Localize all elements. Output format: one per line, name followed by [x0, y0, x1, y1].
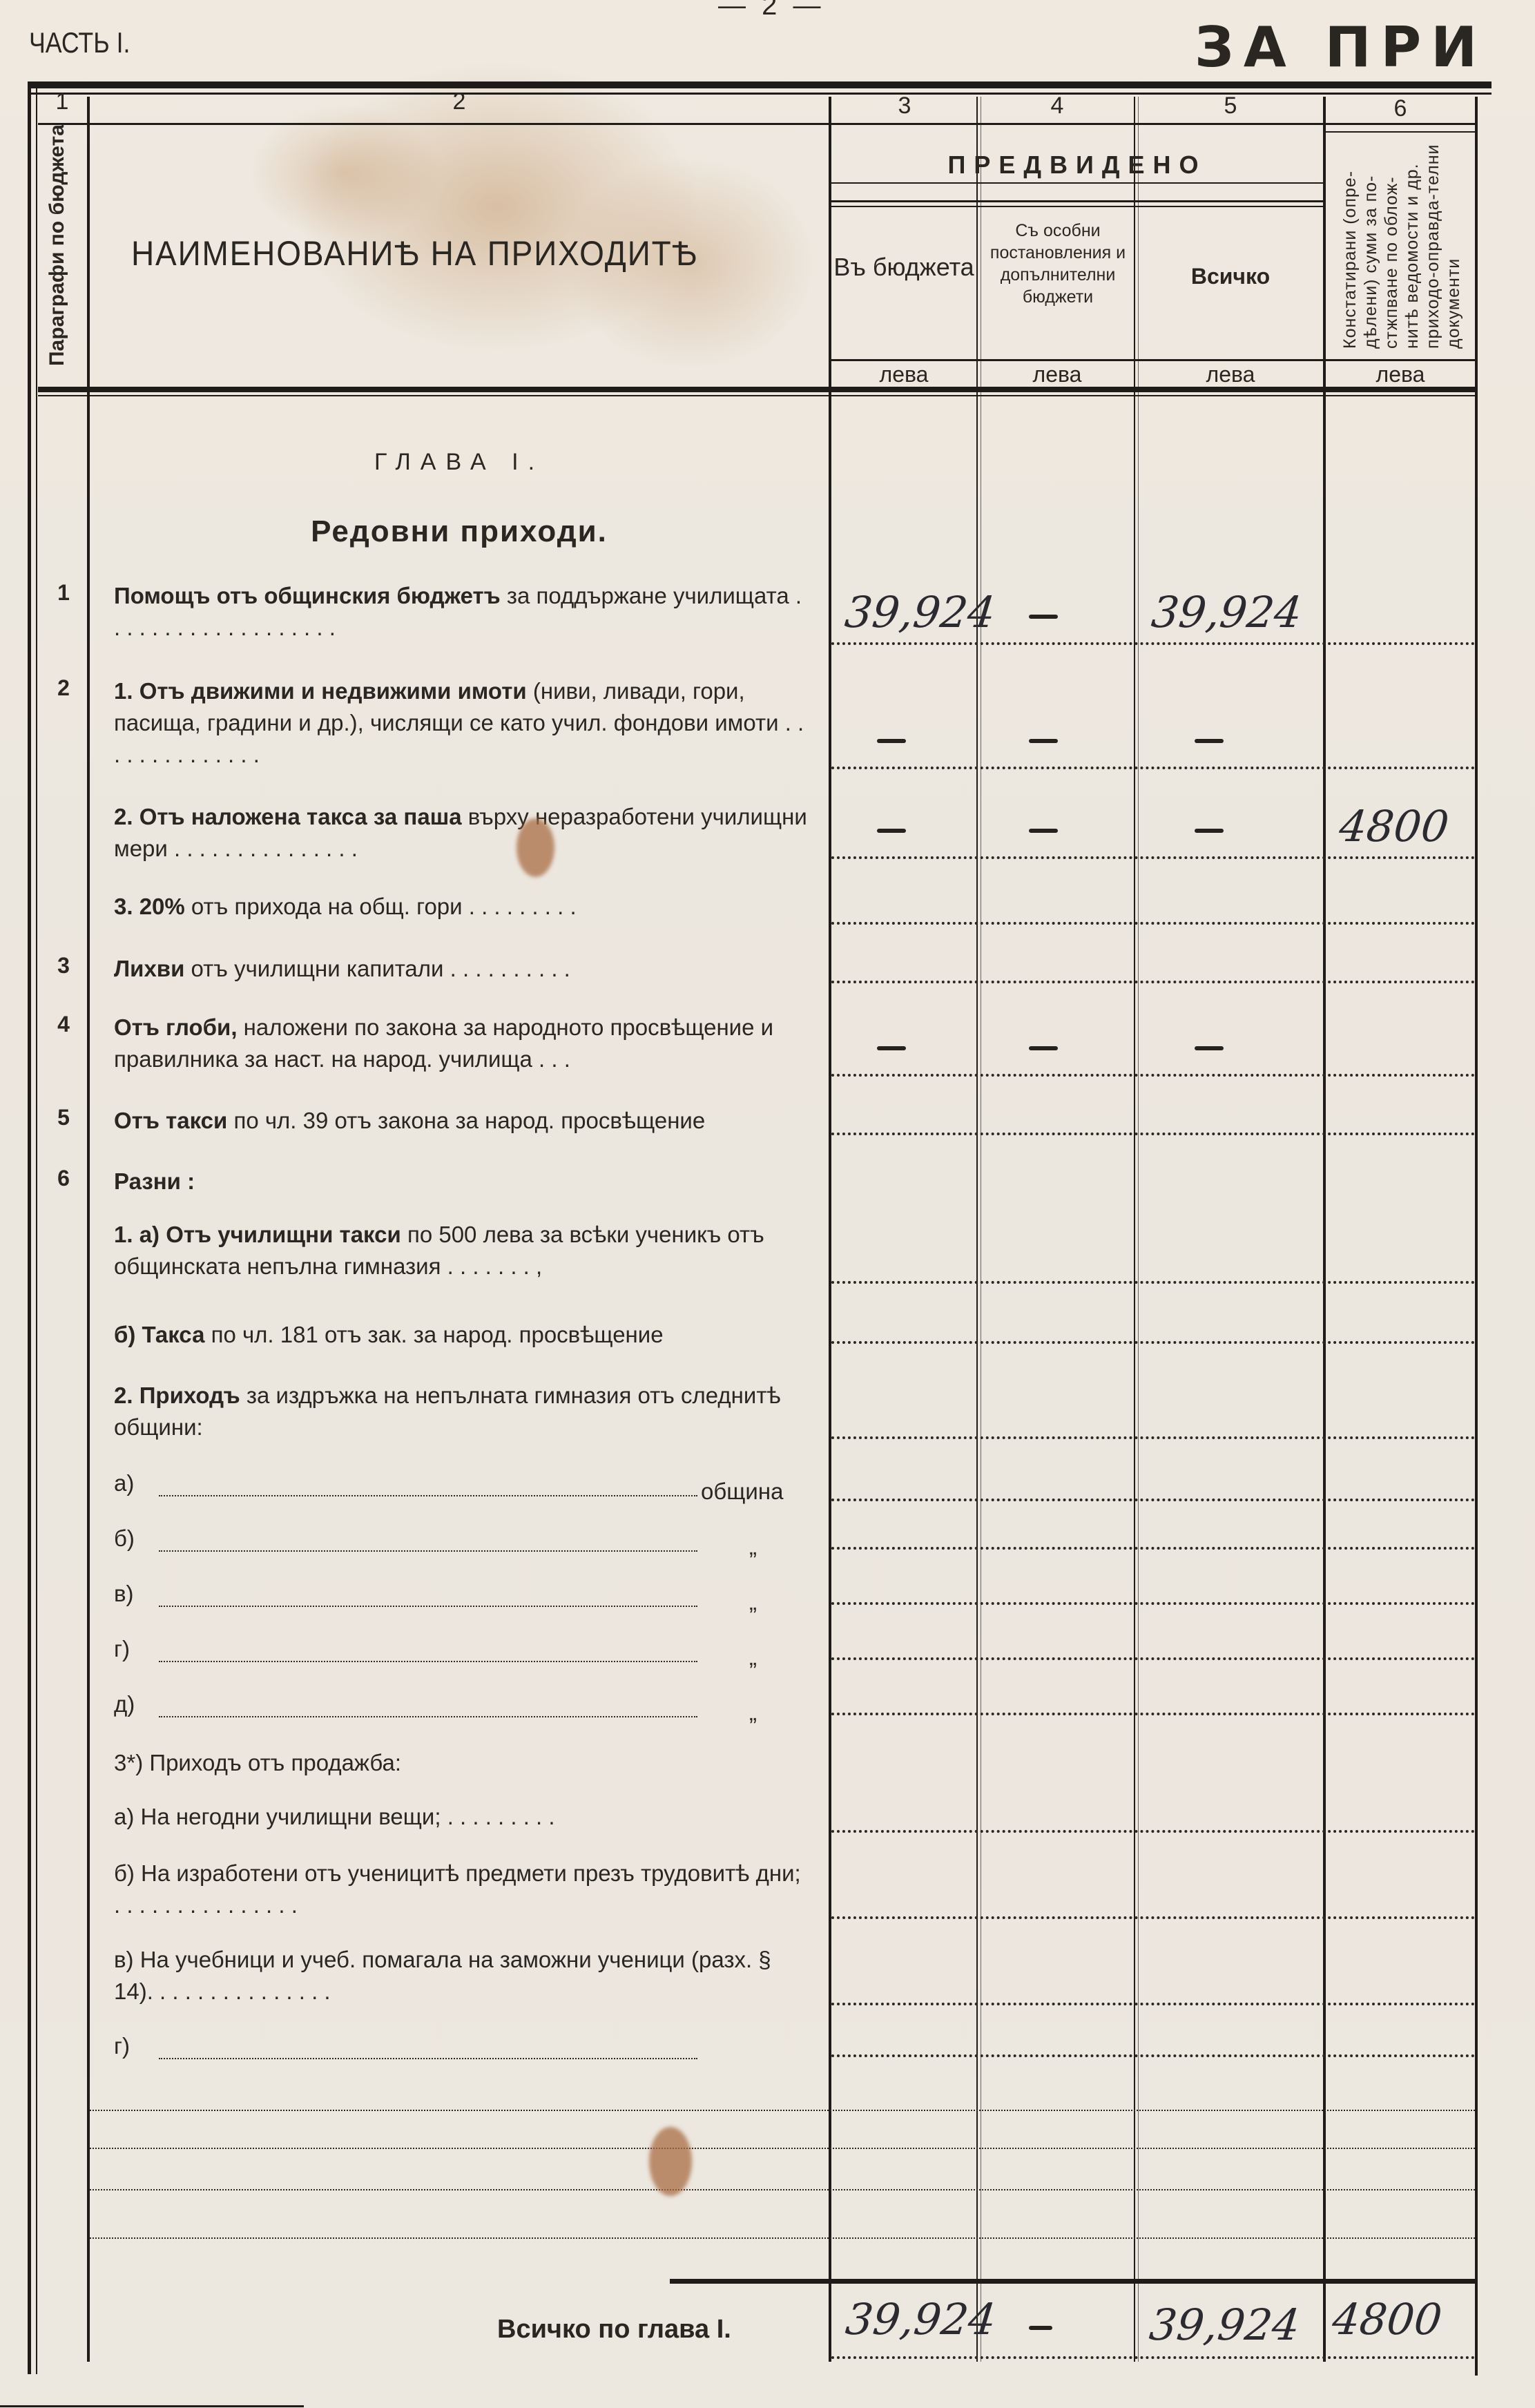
municipality-suffix: община: [701, 1478, 783, 1505]
column-number-1: 1: [38, 88, 86, 115]
row-description-bold: Отъ такси: [114, 1108, 227, 1133]
col4-border-double: [1138, 97, 1139, 2362]
totals-label: Всичко по глава I.: [497, 2315, 731, 2344]
totals-budget-value: 39,924: [843, 2294, 998, 2344]
col5-header-label: Всичко: [1138, 264, 1323, 289]
colnum-row-separator: [38, 123, 1478, 125]
col4-currency: лева: [981, 362, 1134, 387]
row-description-bold: Отъ глоби,: [114, 1014, 238, 1040]
budget-dash-mark: [877, 1046, 906, 1050]
amount-row-line: [831, 2003, 1475, 2005]
table-left-border: [28, 81, 31, 2374]
blank-row-line[interactable]: [90, 2189, 1475, 2190]
col6-currency: лева: [1326, 362, 1475, 387]
header-bottom-border: [38, 387, 1478, 392]
amount-row-line: [831, 1074, 1475, 1077]
special-dash-mark: [1029, 1046, 1058, 1050]
fill-in-line[interactable]: [159, 2058, 697, 2059]
row-description-bold: 3. 20%: [114, 894, 185, 919]
totals-underline: [831, 2356, 1475, 2359]
fill-in-line[interactable]: [159, 1495, 697, 1496]
row-description-text: а) На негодни училищни вещи; . . . . . .…: [114, 1804, 555, 1829]
totals-total-value: 39,924: [1147, 2300, 1302, 2350]
amount-row-line: [831, 767, 1475, 769]
col6-header-label: Констатирани (опре-дѣлени) суми за по-ст…: [1340, 138, 1464, 349]
total-value: 39,924: [1149, 587, 1304, 637]
row-description-bold: Разни :: [114, 1168, 195, 1194]
chapter-heading: ГЛАВА I.: [90, 449, 829, 476]
row-description-bold: Помощъ отъ общинския бюджетъ: [114, 583, 501, 608]
leva-row-top: [831, 359, 1475, 361]
predvideno-bottom: [831, 200, 1323, 202]
municipality-suffix: „: [749, 1699, 757, 1726]
row-description-text: а): [114, 1470, 134, 1496]
amount-row-line: [831, 1281, 1475, 1284]
stain-mark: [517, 818, 554, 877]
table-right-border: [1475, 97, 1478, 2376]
predvideno-top: [831, 182, 1323, 184]
predvideno-group-label: ПРЕДВИДЕНО: [831, 151, 1323, 180]
established-value: 4800: [1337, 801, 1451, 851]
amount-row-line: [831, 922, 1475, 925]
col2-header-label: НАИМЕНОВАНИѢ НА ПРИХОДИТѢ: [131, 233, 698, 273]
part-label: ЧАСТЬ I.: [29, 26, 130, 59]
amount-row-line: [831, 642, 1475, 645]
row-description-text: г): [114, 1636, 130, 1661]
col3-header-label: Въ бюджета: [831, 251, 976, 283]
col1-border: [87, 97, 90, 2362]
header-bottom-border-thin: [38, 395, 1478, 396]
row-description: Отъ такси по чл. 39 отъ закона за народ.…: [114, 1105, 811, 1137]
amount-row-line: [831, 1436, 1475, 1439]
row-description-bold: б) Такса: [114, 1322, 204, 1347]
row-description: Разни :: [114, 1166, 811, 1197]
row-description-bold: 2. Приходъ: [114, 1383, 240, 1408]
municipality-suffix: „: [749, 1589, 757, 1615]
row-description: Отъ глоби, наложени по закона за народно…: [114, 1012, 811, 1075]
paragraph-number: 6: [43, 1166, 84, 1191]
col5-currency: лева: [1138, 362, 1323, 387]
col2-border: [829, 97, 831, 2362]
row-description-text: отъ прихода на общ. гори . . . . . . . .…: [185, 894, 577, 919]
col6-top-line: [1326, 131, 1475, 133]
amount-row-line: [831, 1602, 1475, 1605]
budget-dash-mark: [877, 739, 906, 743]
blank-row-line[interactable]: [90, 2237, 1475, 2239]
column-number-3: 3: [831, 93, 978, 119]
blank-row-line[interactable]: [90, 2148, 1475, 2149]
row-description-text: д): [114, 1691, 135, 1717]
row-description: б) На изработени отъ ученицитѣ предмети …: [114, 1858, 811, 1921]
amount-row-line: [831, 856, 1475, 859]
table-top-border: [28, 81, 1491, 88]
row-description: б) Такса по чл. 181 отъ зак. за народ. п…: [114, 1319, 811, 1351]
row-description: 2. Отъ наложена такса за паша върху нера…: [114, 801, 811, 865]
budget-dash-mark: [877, 829, 906, 833]
column-number-5: 5: [1138, 93, 1323, 119]
running-title: ЗА ПРИ: [1195, 15, 1487, 79]
amount-row-line: [831, 1341, 1475, 1344]
fill-in-line[interactable]: [159, 1716, 697, 1717]
totals-established-value: 4800: [1330, 2294, 1444, 2344]
special-dash-mark: [1029, 829, 1058, 833]
col3-currency: лева: [831, 362, 976, 387]
amount-row-line: [831, 1499, 1475, 1501]
row-description-text: 3*) Приходъ отъ продажба:: [114, 1750, 401, 1775]
row-description-bold: 1. а) Отъ училищни такси: [114, 1222, 401, 1247]
paragraph-number: 3: [43, 953, 84, 979]
paragraph-number: 4: [43, 1012, 84, 1037]
paragraph-number: 5: [43, 1105, 84, 1130]
row-description: а) На негодни училищни вещи; . . . . . .…: [114, 1801, 811, 1833]
row-description: 1. Отъ движими и недвижими имоти (ниви, …: [114, 675, 811, 771]
amount-row-line: [831, 1657, 1475, 1660]
fill-in-line[interactable]: [159, 1550, 697, 1552]
column-number-6: 6: [1326, 95, 1475, 122]
total-dash-mark: [1195, 739, 1224, 743]
totals-top-border: [670, 2279, 1475, 2284]
row-description-text: по чл. 181 отъ зак. за народ. просвѣщени…: [204, 1322, 663, 1347]
row-description: 2. Приходъ за издръжка на непълната гимн…: [114, 1380, 811, 1443]
amount-row-line: [831, 1830, 1475, 1833]
total-dash-mark: [1195, 1046, 1224, 1050]
total-dash-mark: [1195, 829, 1224, 833]
page-number: — 2 —: [718, 0, 824, 21]
municipality-suffix: „: [749, 1644, 757, 1670]
row-description: 3. 20% отъ прихода на общ. гори . . . . …: [114, 891, 811, 923]
row-description-text: в): [114, 1581, 134, 1606]
col4-border: [1134, 97, 1135, 2362]
row-description-bold: Лихви: [114, 956, 184, 981]
col3-border: [976, 97, 978, 2362]
row-description-text: б): [114, 1525, 135, 1551]
stain-mark: [649, 2127, 692, 2196]
row-description-text: б) На изработени отъ ученицитѣ предмети …: [114, 1860, 801, 1918]
predvideno-bottom-2: [831, 206, 1323, 207]
amount-row-line: [831, 2054, 1475, 2057]
col1-header-label: Параграфи по бюджета: [46, 138, 69, 366]
row-description-bold: 2. Отъ наложена такса за паша: [114, 804, 462, 829]
column-number-4: 4: [981, 93, 1134, 119]
blank-row-line[interactable]: [90, 2110, 1475, 2111]
amount-row-line: [831, 1133, 1475, 1135]
row-description: Помощъ отъ общинския бюджетъ за поддържа…: [114, 580, 811, 644]
row-description-text: г): [114, 2033, 130, 2059]
row-description: 3*) Приходъ отъ продажба:: [114, 1747, 811, 1779]
special-dash-mark: [1029, 615, 1058, 619]
amount-row-line: [831, 1713, 1475, 1715]
totals-special-dash: [1029, 2326, 1052, 2330]
amount-row-line: [831, 1916, 1475, 1919]
table-left-border-inner: [36, 81, 37, 2374]
column-number-2: 2: [90, 88, 829, 115]
amount-row-line: [831, 1547, 1475, 1550]
paragraph-number: 2: [43, 675, 84, 701]
row-description-text: в) На учебници и учеб. помагала на замож…: [114, 1947, 771, 2004]
col5-border: [1323, 97, 1326, 2362]
col4-header-label: Съ особни постановления и допълнителни б…: [982, 220, 1134, 308]
row-description: в) На учебници и учеб. помагала на замож…: [114, 1944, 811, 2007]
budget-value: 39,924: [842, 587, 998, 637]
municipality-suffix: „: [749, 1534, 757, 1560]
fill-in-line[interactable]: [159, 1661, 697, 1662]
special-dash-mark: [1029, 739, 1058, 743]
row-description-text: по чл. 39 отъ закона за народ. просвѣщен…: [227, 1108, 705, 1133]
row-description: Лихви отъ училищни капитали . . . . . . …: [114, 953, 811, 985]
amount-row-line: [831, 981, 1475, 983]
fill-in-line[interactable]: [159, 1606, 697, 1607]
row-description: 1. а) Отъ училищни такси по 500 лева за …: [114, 1219, 811, 1282]
col3-border-double: [981, 97, 981, 2362]
chapter-title: Редовни приходи.: [90, 514, 829, 549]
paragraph-number: 1: [43, 580, 84, 606]
row-description-text: отъ училищни капитали . . . . . . . . . …: [184, 956, 570, 981]
footer-rule: [0, 2405, 304, 2407]
row-description-bold: 1. Отъ движими и недвижими имоти: [114, 678, 527, 704]
